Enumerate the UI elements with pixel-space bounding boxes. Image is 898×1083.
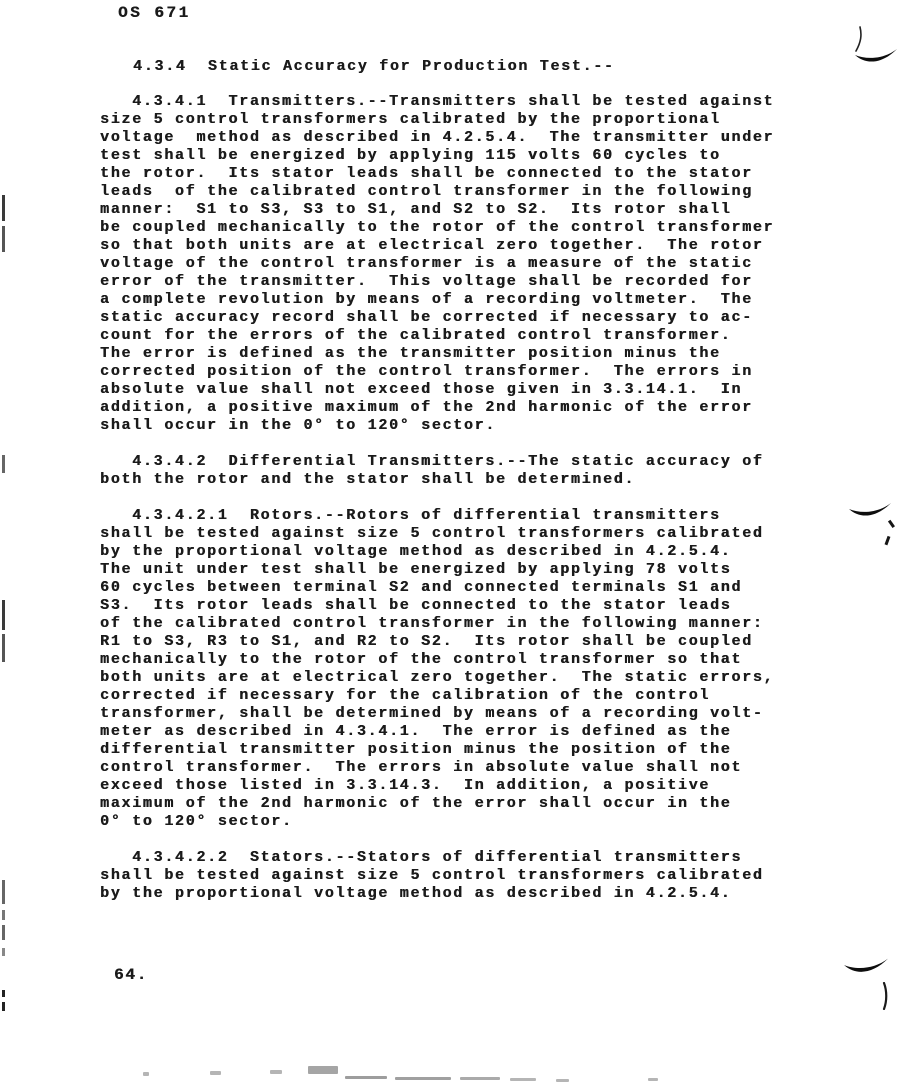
document-page: OS 671 4.3.4 Static Accuracy for Product… — [0, 0, 898, 1083]
text-line: be coupled mechanically to the rotor of … — [100, 219, 820, 237]
text-line: both the rotor and the stator shall be d… — [100, 471, 820, 489]
text-line: manner: S1 to S3, S3 to S1, and S2 to S2… — [100, 201, 820, 219]
text-line: shall occur in the 0° to 120° sector. — [100, 417, 820, 435]
text-line: exceed those listed in 3.3.14.3. In addi… — [100, 777, 820, 795]
scan-edge-mark — [2, 455, 5, 473]
text-line: size 5 control transformers calibrated b… — [100, 111, 820, 129]
text-line: test shall be energized by applying 115 … — [100, 147, 820, 165]
text-line: voltage method as described in 4.2.5.4. … — [100, 129, 820, 147]
text-line: addition, a positive maximum of the 2nd … — [100, 399, 820, 417]
bleed-through-fragment — [308, 1066, 338, 1074]
text-line: R1 to S3, R3 to S1, and R2 to S2. Its ro… — [100, 633, 820, 651]
bleed-through-fragment — [510, 1078, 536, 1081]
text-line: leads of the calibrated control transfor… — [100, 183, 820, 201]
body-text-column: 4.3.4.1 Transmitters.--Transmitters shal… — [100, 93, 820, 921]
pen-swoosh-icon — [846, 500, 894, 520]
bleed-through-fragment — [143, 1072, 149, 1076]
scan-edge-mark — [2, 990, 5, 997]
text-line: voltage of the control transformer is a … — [100, 255, 820, 273]
bleed-through-fragment — [648, 1078, 658, 1081]
scan-edge-mark — [2, 880, 5, 904]
text-line: 4.3.4.2.2 Stators.--Stators of different… — [100, 849, 820, 867]
scan-edge-mark — [2, 910, 5, 920]
text-line: count for the errors of the calibrated c… — [100, 327, 820, 345]
pen-tick-icon — [885, 536, 890, 545]
text-line: by the proportional voltage method as de… — [100, 885, 820, 903]
pen-stroke-icon — [880, 982, 892, 1010]
text-line: static accuracy record shall be correcte… — [100, 309, 820, 327]
text-line: differential transmitter position minus … — [100, 741, 820, 759]
text-line: so that both units are at electrical zer… — [100, 237, 820, 255]
text-line: corrected if necessary for the calibrati… — [100, 687, 820, 705]
scan-edge-mark — [2, 948, 5, 956]
pen-swoosh-icon — [843, 955, 889, 977]
text-line: maximum of the 2nd harmonic of the error… — [100, 795, 820, 813]
text-line: of the calibrated control transformer in… — [100, 615, 820, 633]
text-line: The unit under test shall be energized b… — [100, 561, 820, 579]
pen-tick-icon — [888, 520, 895, 528]
scan-edge-mark — [2, 925, 5, 940]
text-line: corrected position of the control transf… — [100, 363, 820, 381]
text-line: transformer, shall be determined by mean… — [100, 705, 820, 723]
text-line: The error is defined as the transmitter … — [100, 345, 820, 363]
bleed-through-fragment — [210, 1071, 221, 1075]
text-line: 4.3.4.1 Transmitters.--Transmitters shal… — [100, 93, 820, 111]
text-line: a complete revolution by means of a reco… — [100, 291, 820, 309]
bleed-through-fragment — [270, 1070, 282, 1074]
text-line: shall be tested against size 5 control t… — [100, 867, 820, 885]
text-line: error of the transmitter. This voltage s… — [100, 273, 820, 291]
scan-edge-mark — [2, 226, 5, 252]
paragraph-4.3.4.2: 4.3.4.2 Differential Transmitters.--The … — [100, 453, 820, 489]
scan-edge-mark — [2, 600, 5, 630]
text-line: both units are at electrical zero togeth… — [100, 669, 820, 687]
scan-edge-mark — [2, 634, 5, 662]
bleed-through-fragment — [345, 1076, 387, 1079]
bleed-through-fragment — [460, 1077, 500, 1080]
text-line: by the proportional voltage method as de… — [100, 543, 820, 561]
scan-edge-mark — [2, 1002, 5, 1011]
bleed-through-fragment — [395, 1077, 451, 1080]
text-line: the rotor. Its stator leads shall be con… — [100, 165, 820, 183]
text-line: 4.3.4.2.1 Rotors.--Rotors of differentia… — [100, 507, 820, 525]
text-line: mechanically to the rotor of the control… — [100, 651, 820, 669]
paragraph-4.3.4.2.1: 4.3.4.2.1 Rotors.--Rotors of differentia… — [100, 507, 820, 831]
text-line: 60 cycles between terminal S2 and connec… — [100, 579, 820, 597]
paragraph-4.3.4.1: 4.3.4.1 Transmitters.--Transmitters shal… — [100, 93, 820, 435]
pen-swoosh-icon — [854, 46, 898, 66]
text-line: S3. Its rotor leads shall be connected t… — [100, 597, 820, 615]
text-line: control transformer. The errors in absol… — [100, 759, 820, 777]
text-line: 4.3.4.2 Differential Transmitters.--The … — [100, 453, 820, 471]
doc-number: OS 671 — [118, 4, 191, 22]
text-line: absolute value shall not exceed those gi… — [100, 381, 820, 399]
text-line: 0° to 120° sector. — [100, 813, 820, 831]
paragraph-4.3.4.2.2: 4.3.4.2.2 Stators.--Stators of different… — [100, 849, 820, 903]
section-heading: 4.3.4 Static Accuracy for Production Tes… — [133, 58, 615, 75]
text-line: shall be tested against size 5 control t… — [100, 525, 820, 543]
scan-edge-mark — [2, 195, 5, 221]
text-line: meter as described in 4.3.4.1. The error… — [100, 723, 820, 741]
page-number: 64. — [114, 966, 148, 984]
bleed-through-fragment — [556, 1079, 569, 1082]
